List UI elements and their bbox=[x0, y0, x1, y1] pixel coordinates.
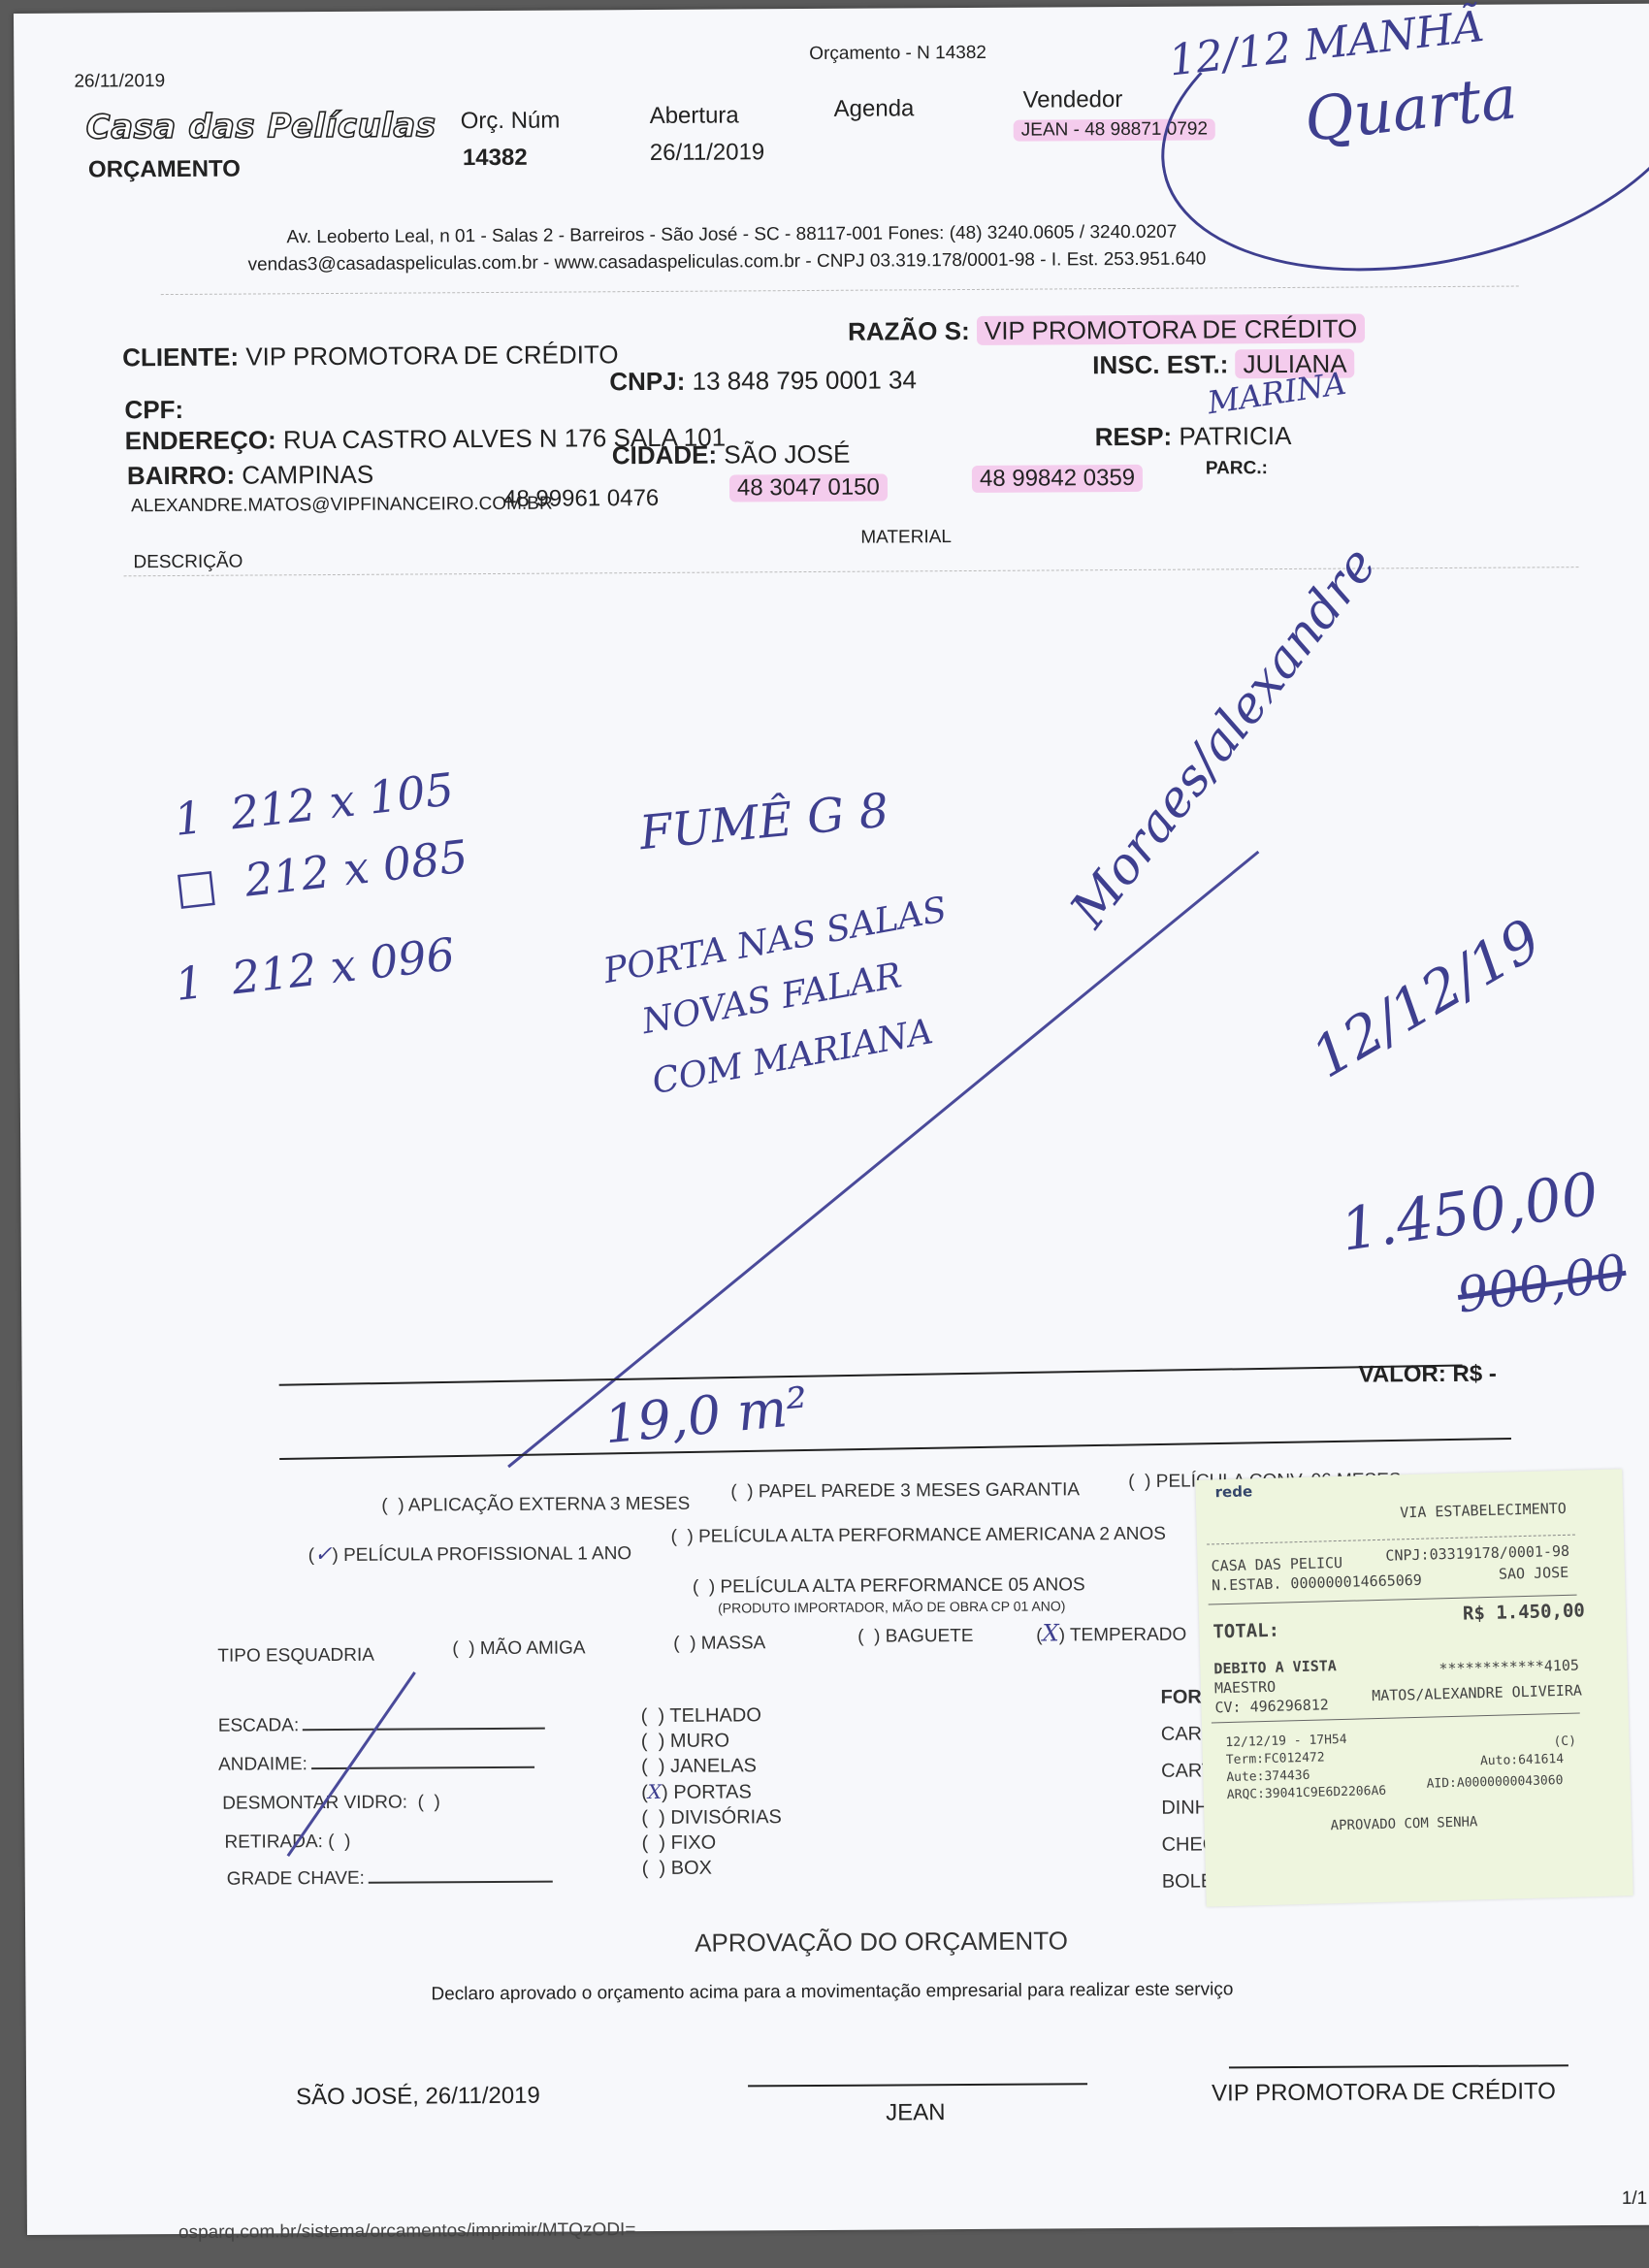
parc-label: PARC.: bbox=[1206, 458, 1268, 479]
receipt-auto: Auto:641614 bbox=[1480, 1752, 1564, 1768]
abertura-date: 26/11/2019 bbox=[650, 139, 765, 167]
resp-label: RESP: bbox=[1095, 422, 1173, 451]
receipt-estab: N.ESTAB. 000000014665069 bbox=[1212, 1571, 1422, 1595]
local-muro[interactable]: ( ) MURO bbox=[641, 1728, 782, 1754]
receipt-type: DEBITO A VISTA bbox=[1213, 1657, 1337, 1677]
receipt-cnpj: CNPJ:03319178/0001-98 bbox=[1385, 1542, 1569, 1565]
handwritten-old-value: 900,00 bbox=[1454, 1244, 1631, 1324]
endereco-label: ENDEREÇO: bbox=[125, 425, 276, 455]
handwritten-item: 1 212 x 096 bbox=[173, 927, 458, 1011]
receipt-merchant: CASA DAS PELICU bbox=[1211, 1554, 1342, 1575]
print-title: Orçamento - N 14382 bbox=[809, 43, 986, 65]
option-alta-performance-americana[interactable]: ( ) PELÍCULA ALTA PERFORMANCE AMERICANA … bbox=[671, 1524, 1166, 1548]
grade-chave-field[interactable]: GRADE CHAVE: bbox=[227, 1867, 553, 1891]
value-rule bbox=[279, 1438, 1511, 1460]
razao-value: VIP PROMOTORA DE CRÉDITO bbox=[977, 313, 1365, 344]
esquadria-baguete[interactable]: ( ) BAGUETE bbox=[857, 1626, 973, 1648]
handwritten-item: 1 212 x 105 bbox=[172, 762, 457, 846]
divider bbox=[161, 286, 1519, 296]
cpf-label: CPF: bbox=[124, 395, 183, 425]
cidade-field: CIDADE: SÃO JOSÉ bbox=[612, 439, 851, 470]
cnpj-value: 13 848 795 0001 34 bbox=[692, 365, 917, 395]
esquadria-massa[interactable]: ( ) MASSA bbox=[673, 1633, 765, 1655]
option-aplicacao-externa[interactable]: ( ) APLICAÇÃO EXTERNA 3 MESES bbox=[381, 1494, 690, 1517]
receipt-total: R$ 1.450,00 bbox=[1463, 1600, 1585, 1624]
cliente-value: VIP PROMOTORA DE CRÉDITO bbox=[245, 340, 618, 371]
approval-title: APROVAÇÃO DO ORÇAMENTO bbox=[695, 1926, 1068, 1958]
receipt-city: SAO JOSE bbox=[1499, 1564, 1569, 1583]
receipt-card-brand: MAESTRO bbox=[1214, 1678, 1277, 1698]
option-pelicula-profissional[interactable]: (✓) PELÍCULA PROFISSIONAL 1 ANO bbox=[308, 1540, 632, 1567]
signature-line-jean bbox=[748, 2083, 1087, 2087]
esquadria-mao-amiga[interactable]: ( ) MÃO AMIGA bbox=[452, 1637, 585, 1660]
esquadria-label: TIPO ESQUADRIA bbox=[217, 1645, 374, 1668]
signature-line-client bbox=[1229, 2064, 1568, 2068]
receipt-datetime: 12/12/19 - 17H54 bbox=[1225, 1733, 1347, 1750]
option-papel-parede[interactable]: ( ) PAPEL PAREDE 3 MESES GARANTIA bbox=[730, 1479, 1080, 1503]
local-portas[interactable]: (X) PORTAS bbox=[641, 1778, 782, 1805]
handwritten-signed-date: 12/12/19 bbox=[1301, 906, 1552, 1090]
option-alta-performance-05-sub: (PRODUTO IMPORTADOR, MÃO DE OBRA CP 01 A… bbox=[718, 1598, 1065, 1615]
handwritten-new-value: 1.450,00 bbox=[1337, 1160, 1603, 1265]
vendedor-label: Vendedor bbox=[1022, 86, 1122, 114]
receipt-term: Term:FC012472 bbox=[1226, 1750, 1325, 1767]
handwritten-item: □ 212 x 085 bbox=[172, 829, 470, 914]
receipt-status: APROVADO COM SENHA bbox=[1330, 1814, 1477, 1833]
value-rule bbox=[279, 1365, 1463, 1386]
local-telhado[interactable]: ( ) TELHADO bbox=[641, 1702, 782, 1729]
insc-label: INSC. EST.: bbox=[1092, 349, 1228, 379]
local-box[interactable]: ( ) BOX bbox=[642, 1855, 783, 1881]
orc-num-label: Orç. Núm bbox=[461, 108, 561, 136]
cliente-field: CLIENTE: VIP PROMOTORA DE CRÉDITO bbox=[122, 340, 619, 373]
local-fixo[interactable]: ( ) FIXO bbox=[641, 1830, 782, 1856]
client-phone-1: 48 99961 0476 bbox=[503, 485, 659, 513]
esquadria-temperado[interactable]: (X) TEMPERADO bbox=[1036, 1619, 1186, 1647]
handwritten-area: 19,0 m² bbox=[601, 1376, 810, 1455]
client-phone-2: 48 3047 0150 bbox=[729, 474, 888, 502]
receipt-aid: AID:A0000000043060 bbox=[1426, 1773, 1563, 1792]
valor-label: VALOR: R$ - bbox=[1359, 1361, 1497, 1389]
handwritten-material-note: FUMÊ G 8 bbox=[637, 783, 890, 860]
client-email: ALEXANDRE.MATOS@VIPFINANCEIRO.COM.BR bbox=[131, 494, 553, 518]
orc-num: 14382 bbox=[463, 145, 528, 172]
receipt-holder: MATOS/ALEXANDRE OLIVEIRA bbox=[1372, 1681, 1582, 1704]
abertura-label: Abertura bbox=[650, 102, 739, 130]
cidade-label: CIDADE: bbox=[612, 440, 718, 470]
retirada-field[interactable]: RETIRADA: ( ) bbox=[224, 1831, 350, 1854]
cliente-label: CLIENTE: bbox=[122, 342, 239, 373]
resp-value: PATRICIA bbox=[1179, 421, 1291, 451]
address-line: Av. Leoberto Leal, n 01 - Salas 2 - Barr… bbox=[286, 222, 1177, 249]
agenda-label: Agenda bbox=[834, 95, 915, 123]
cnpj-label: CNPJ: bbox=[609, 367, 685, 396]
company-logo: Casa das Películas bbox=[86, 106, 436, 146]
approval-text: Declaro aprovado o orçamento acima para … bbox=[431, 1979, 1233, 2005]
bairro-field: BAIRRO: CAMPINAS bbox=[127, 460, 373, 492]
contact-line: vendas3@casadaspeliculas.com.br - www.ca… bbox=[248, 248, 1207, 275]
local-divisorias[interactable]: ( ) DIVISÓRIAS bbox=[641, 1804, 782, 1831]
cidade-value: SÃO JOSÉ bbox=[724, 439, 850, 470]
descricao-header: DESCRIÇÃO bbox=[133, 552, 242, 574]
resp-field: RESP: PATRICIA bbox=[1095, 421, 1292, 452]
razao-field: RAZÃO S: VIP PROMOTORA DE CRÉDITO bbox=[848, 313, 1365, 346]
signature-name-jean: JEAN bbox=[886, 2099, 946, 2126]
receipt-via: VIA ESTABELECIMENTO bbox=[1400, 1500, 1567, 1521]
client-phone-3: 48 99842 0359 bbox=[972, 465, 1143, 493]
bairro-value: CAMPINAS bbox=[242, 460, 373, 490]
approval-place-date: SÃO JOSÉ, 26/11/2019 bbox=[296, 2083, 540, 2112]
bairro-label: BAIRRO: bbox=[127, 461, 235, 491]
receipt-arqc: ARQC:39041C9E6D2206A6 bbox=[1227, 1784, 1387, 1802]
payment-receipt: rede VIA ESTABELECIMENTO CASA DAS PELICU… bbox=[1195, 1469, 1633, 1906]
material-header: MATERIAL bbox=[860, 527, 952, 549]
cnpj-field: CNPJ: 13 848 795 0001 34 bbox=[609, 365, 917, 397]
footer-url[interactable]: osparq.com.br/sistema/orcamentos/imprimi… bbox=[178, 2219, 636, 2244]
receipt-c: (C) bbox=[1553, 1734, 1576, 1750]
rede-logo: rede bbox=[1214, 1482, 1252, 1501]
print-date: 26/11/2019 bbox=[74, 71, 165, 93]
receipt-total-label: TOTAL: bbox=[1212, 1620, 1279, 1643]
locais-list: ( ) TELHADO ( ) MURO ( ) JANELAS (X) POR… bbox=[641, 1702, 783, 1881]
receipt-cv: CV: 496296812 bbox=[1214, 1696, 1329, 1716]
receipt-aute: Aute:374436 bbox=[1226, 1768, 1309, 1785]
local-janelas[interactable]: ( ) JANELAS bbox=[641, 1753, 782, 1779]
page-number: 1/1 bbox=[1622, 2188, 1648, 2210]
receipt-card-masked: ************4105 bbox=[1439, 1657, 1579, 1678]
doc-type: ORÇAMENTO bbox=[88, 156, 241, 184]
option-alta-performance-05[interactable]: ( ) PELÍCULA ALTA PERFORMANCE 05 ANOS bbox=[693, 1574, 1085, 1598]
razao-label: RAZÃO S: bbox=[848, 316, 970, 346]
signature-name-client: VIP PROMOTORA DE CRÉDITO bbox=[1212, 2078, 1556, 2107]
andaime-field[interactable]: ANDAIME: bbox=[218, 1753, 534, 1776]
